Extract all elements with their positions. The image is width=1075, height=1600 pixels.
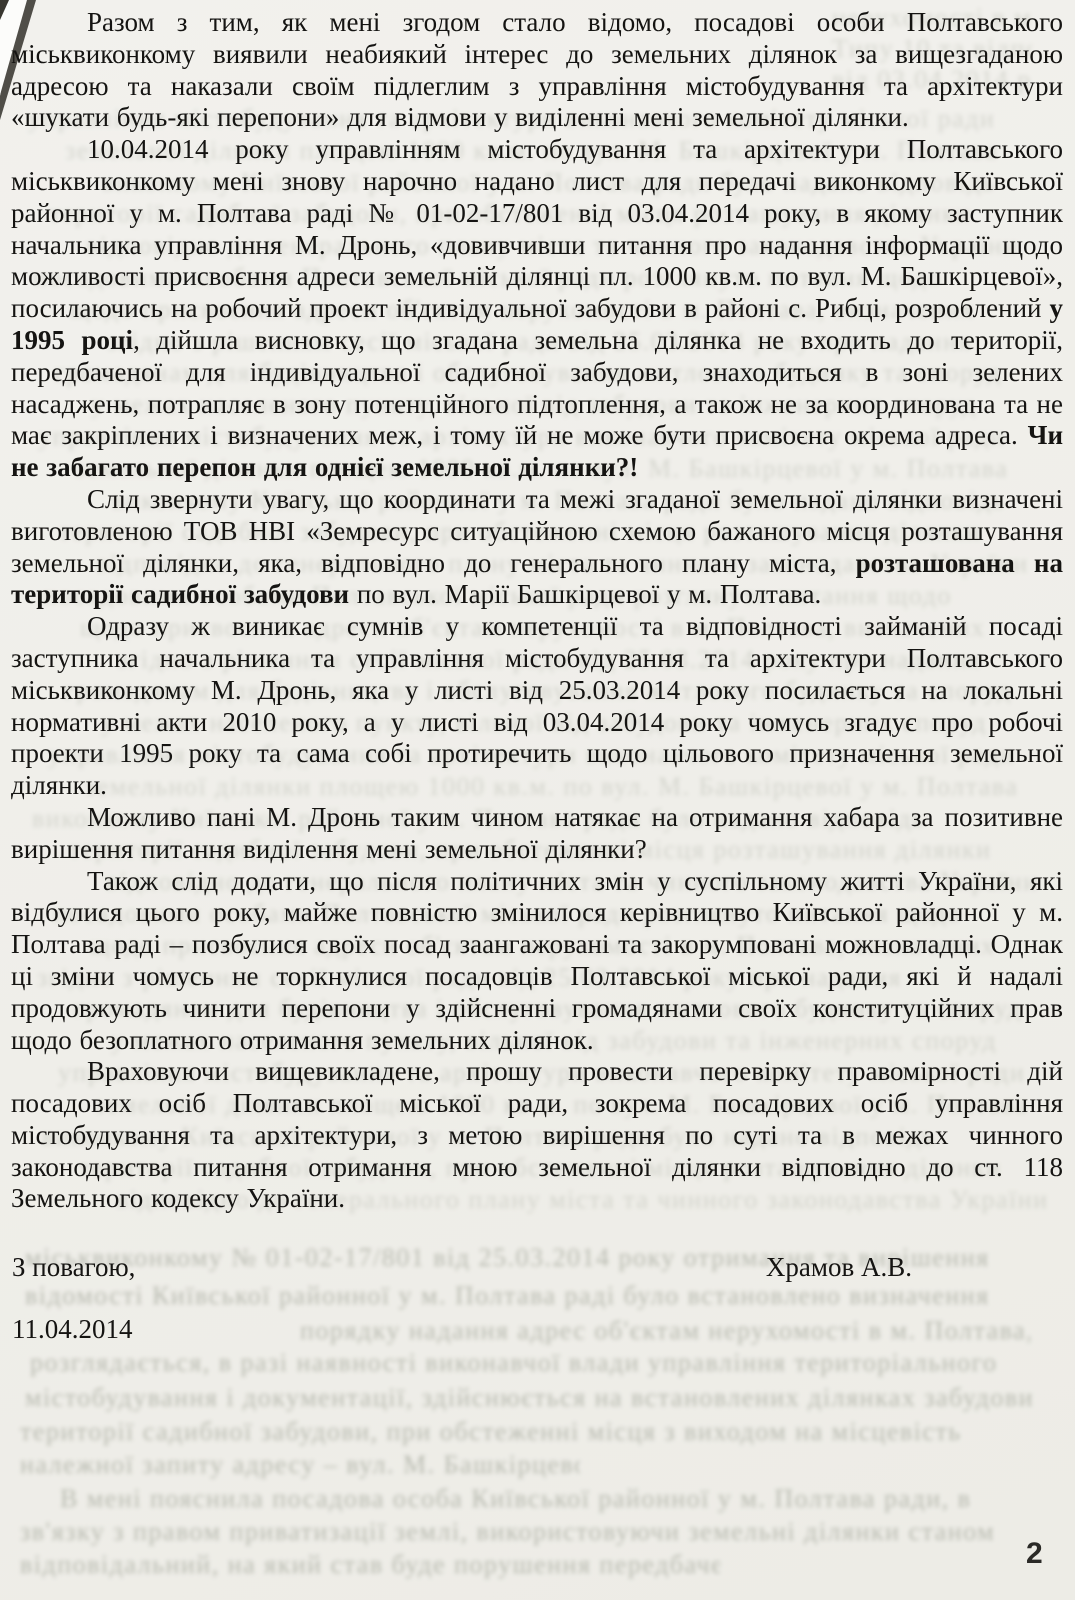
- text-run: по вул. Марії Башкірцевої у м. Полтава.: [349, 579, 821, 609]
- paragraph: Слід звернути увагу, що координати та ме…: [11, 484, 1063, 611]
- paragraph: Можливо пані М. Дронь таким чином натяка…: [11, 802, 1063, 866]
- document-body: Разом з тим, як мені згодом стало відомо…: [11, 7, 1063, 1215]
- paragraph: Також слід додати, що після політичних з…: [11, 866, 1063, 1057]
- document-date: 11.04.2014: [12, 1314, 133, 1345]
- bleed-through-line: містобудування і документації, здійснюєт…: [25, 1383, 1045, 1413]
- text-run: , дійшла висновку, що згадана земельна д…: [11, 325, 1063, 450]
- closing-regards: З повагою,: [12, 1252, 135, 1283]
- paragraph: Враховуючи вищевикладене, прошу провести…: [11, 1056, 1063, 1215]
- text-run: Враховуючи вищевикладене, прошу провести…: [11, 1056, 1063, 1213]
- text-run: Можливо пані М. Дронь таким чином натяка…: [11, 802, 1063, 864]
- text-run: 10.04.2014 року управлінням містобудуван…: [11, 134, 1063, 323]
- text-run: Також слід додати, що після політичних з…: [11, 866, 1063, 1055]
- paragraph: Одразу ж виникає сумнів у компетенції та…: [11, 611, 1063, 802]
- bleed-through-line: розглядається, в разі наявності виконавч…: [30, 1348, 1030, 1378]
- signature-name: Храмов А.В.: [766, 1252, 912, 1283]
- bleed-through-line: відповідальний, на який став буде поруше…: [20, 1550, 720, 1580]
- paragraph: Разом з тим, як мені згодом стало відомо…: [11, 7, 1063, 134]
- bleed-through-line: зв'язку з правом приватизації землі, вик…: [20, 1517, 1040, 1547]
- page-number: 2: [1026, 1537, 1043, 1571]
- bleed-through-line: порядку надання адрес об'єктам нерухомос…: [300, 1316, 1030, 1346]
- bleed-through-line: території садибної забудови, при обстеже…: [20, 1417, 1040, 1447]
- paragraph: 10.04.2014 року управлінням містобудуван…: [11, 134, 1063, 484]
- bleed-through-line: відомості Київської районної у м. Полтав…: [25, 1281, 1050, 1311]
- scanned-document-page: нерухомості в м. ПолТипу 10 та відповвід…: [0, 0, 1075, 1600]
- bleed-through-line: належної запиту адресу – вул. М. Башкірц…: [20, 1450, 580, 1480]
- text-run: Разом з тим, як мені згодом стало відомо…: [11, 7, 1063, 132]
- closing-row: З повагою, Храмов А.В.: [12, 1252, 912, 1283]
- bleed-through-line: В мені пояснила посадова особа Київської…: [60, 1484, 1050, 1514]
- text-run: Одразу ж виникає сумнів у компетенції та…: [11, 611, 1063, 800]
